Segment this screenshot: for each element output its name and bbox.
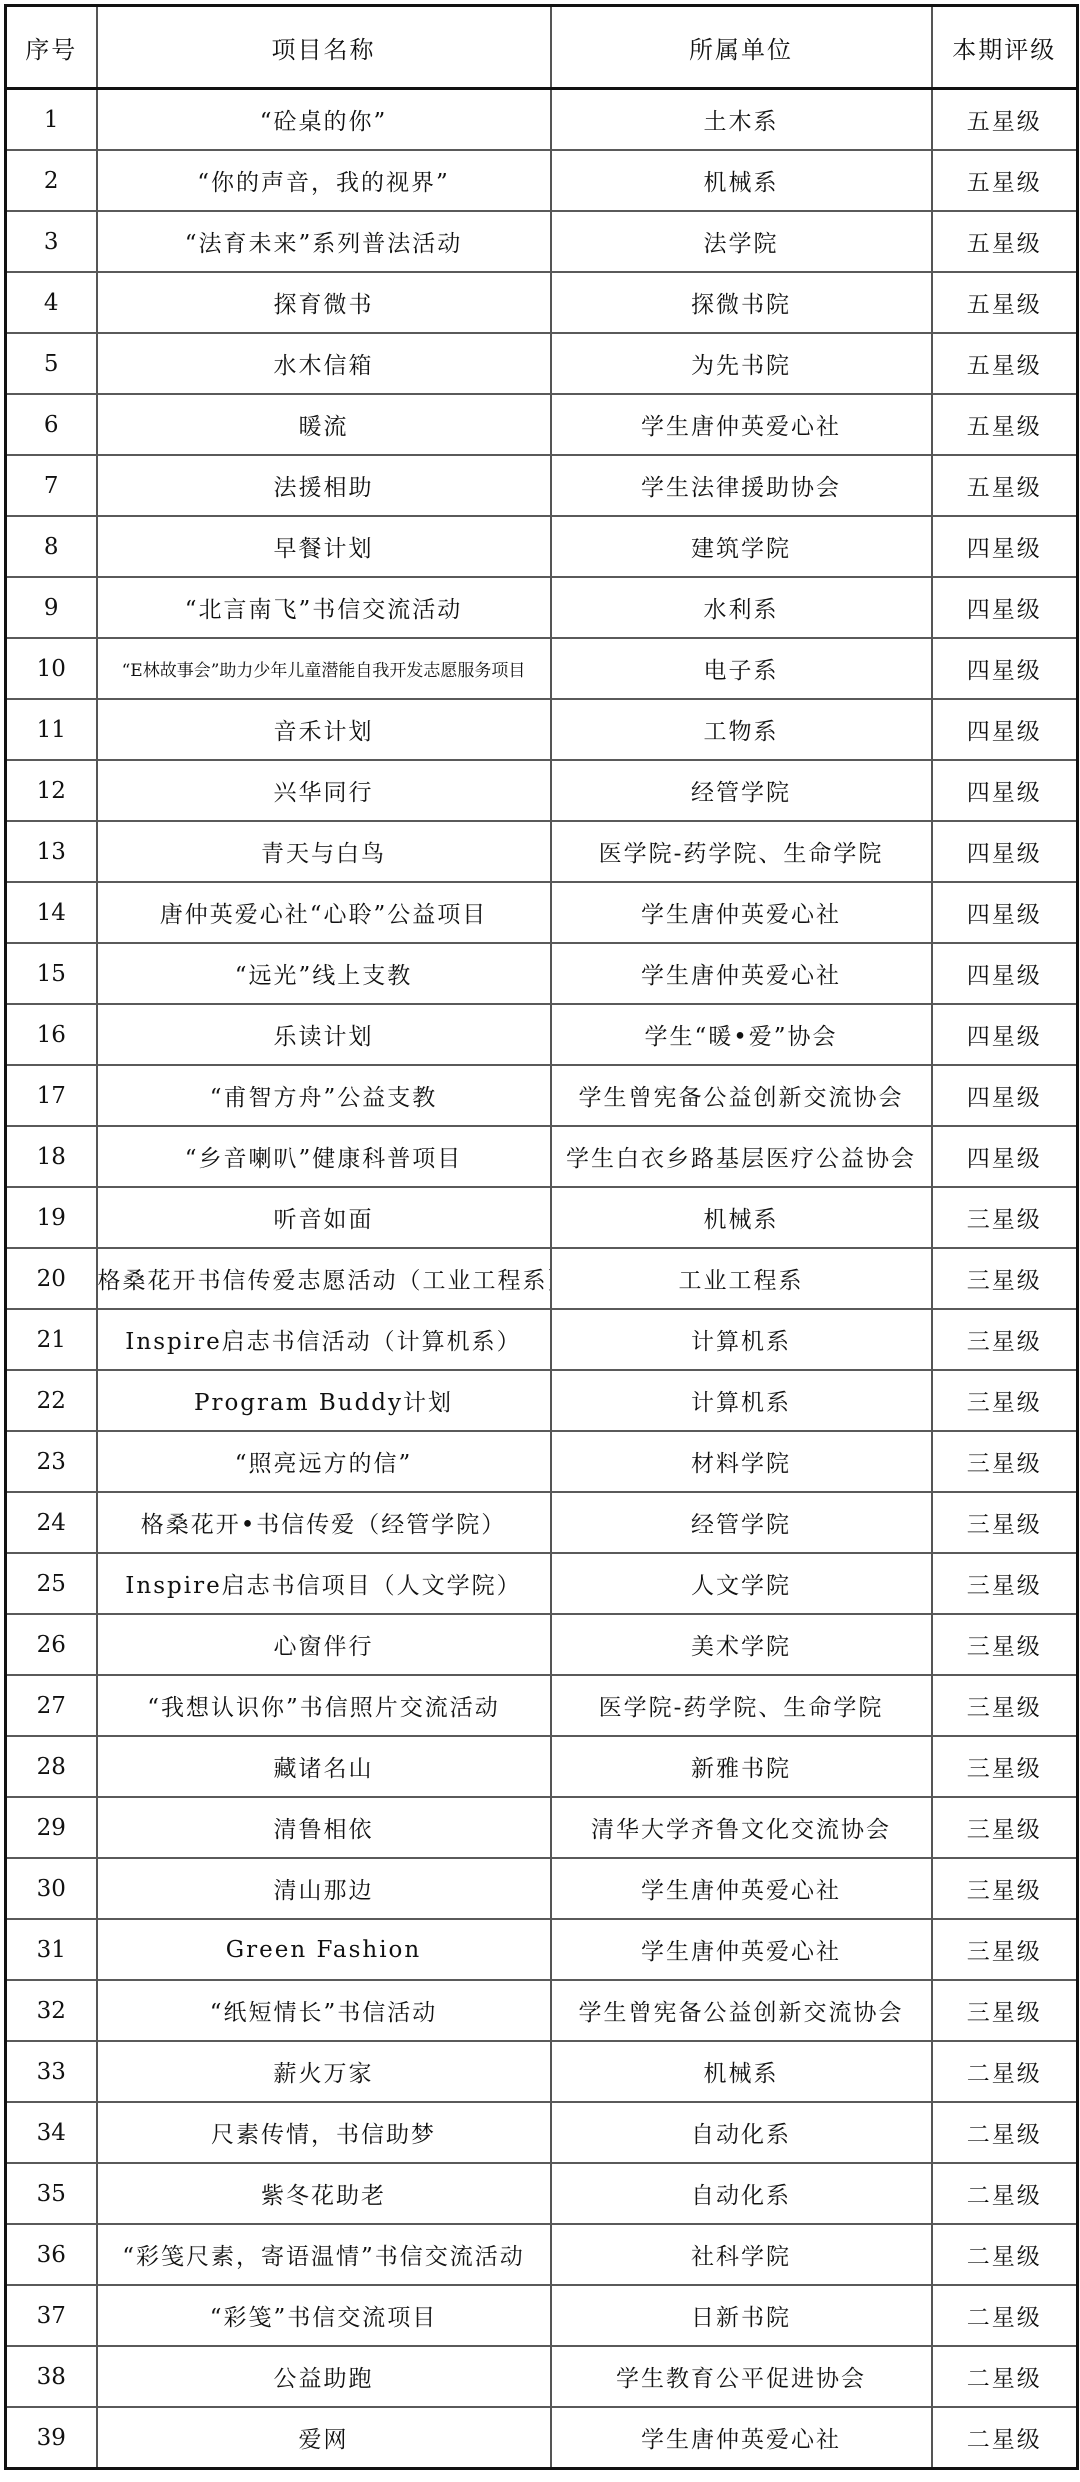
cell-rating: 三星级 bbox=[932, 1797, 1078, 1858]
table-row: 4探育微书探微书院五星级 bbox=[6, 272, 1078, 333]
cell-rating: 二星级 bbox=[932, 2163, 1078, 2224]
cell-rating: 三星级 bbox=[932, 1980, 1078, 2041]
cell-index: 34 bbox=[6, 2102, 97, 2163]
table-row: 21Inspire启志书信活动（计算机系）计算机系三星级 bbox=[6, 1309, 1078, 1370]
cell-project-name: 早餐计划 bbox=[97, 516, 551, 577]
cell-index: 35 bbox=[6, 2163, 97, 2224]
cell-unit: 学生唐仲英爱心社 bbox=[551, 394, 932, 455]
table-row: 23“照亮远方的信”材料学院三星级 bbox=[6, 1431, 1078, 1492]
cell-index: 20 bbox=[6, 1248, 97, 1309]
cell-unit: 机械系 bbox=[551, 150, 932, 211]
table-row: 31Green Fashion学生唐仲英爱心社三星级 bbox=[6, 1919, 1078, 1980]
cell-project-name: 兴华同行 bbox=[97, 760, 551, 821]
cell-unit: 自动化系 bbox=[551, 2102, 932, 2163]
cell-rating: 四星级 bbox=[932, 821, 1078, 882]
cell-rating: 四星级 bbox=[932, 1126, 1078, 1187]
cell-rating: 二星级 bbox=[932, 2102, 1078, 2163]
table-row: 30清山那边学生唐仲英爱心社三星级 bbox=[6, 1858, 1078, 1919]
cell-rating: 四星级 bbox=[932, 577, 1078, 638]
header-project-name: 项目名称 bbox=[97, 6, 551, 89]
cell-rating: 三星级 bbox=[932, 1492, 1078, 1553]
cell-project-name: 格桑花开书信传爱志愿活动（工业工程系） bbox=[97, 1248, 551, 1309]
cell-project-name: 水木信箱 bbox=[97, 333, 551, 394]
cell-index: 36 bbox=[6, 2224, 97, 2285]
cell-project-name: “远光”线上支教 bbox=[97, 943, 551, 1004]
cell-unit: 学生唐仲英爱心社 bbox=[551, 943, 932, 1004]
cell-project-name: “砼桌的你” bbox=[97, 89, 551, 151]
cell-index: 29 bbox=[6, 1797, 97, 1858]
table-row: 11音禾计划工物系四星级 bbox=[6, 699, 1078, 760]
cell-index: 23 bbox=[6, 1431, 97, 1492]
cell-unit: 经管学院 bbox=[551, 1492, 932, 1553]
cell-unit: 学生法律援助协会 bbox=[551, 455, 932, 516]
project-rating-table: 序号 项目名称 所属单位 本期评级 1“砼桌的你”土木系五星级2“你的声音，我的… bbox=[4, 4, 1079, 2470]
table-row: 38公益助跑学生教育公平促进协会二星级 bbox=[6, 2346, 1078, 2407]
cell-index: 33 bbox=[6, 2041, 97, 2102]
cell-rating: 四星级 bbox=[932, 516, 1078, 577]
cell-unit: 机械系 bbox=[551, 1187, 932, 1248]
cell-unit: 土木系 bbox=[551, 89, 932, 151]
cell-rating: 四星级 bbox=[932, 882, 1078, 943]
cell-rating: 二星级 bbox=[932, 2041, 1078, 2102]
cell-rating: 五星级 bbox=[932, 333, 1078, 394]
cell-index: 37 bbox=[6, 2285, 97, 2346]
cell-project-name: Program Buddy计划 bbox=[97, 1370, 551, 1431]
cell-index: 10 bbox=[6, 638, 97, 699]
cell-unit: 人文学院 bbox=[551, 1553, 932, 1614]
cell-index: 30 bbox=[6, 1858, 97, 1919]
cell-index: 6 bbox=[6, 394, 97, 455]
cell-unit: 经管学院 bbox=[551, 760, 932, 821]
cell-rating: 三星级 bbox=[932, 1736, 1078, 1797]
table-row: 10“E林故事会”助力少年儿童潜能自我开发志愿服务项目电子系四星级 bbox=[6, 638, 1078, 699]
cell-unit: 学生曾宪备公益创新交流协会 bbox=[551, 1980, 932, 2041]
table-body: 1“砼桌的你”土木系五星级2“你的声音，我的视界”机械系五星级3“法育未来”系列… bbox=[6, 89, 1078, 2469]
cell-index: 1 bbox=[6, 89, 97, 151]
table-row: 12兴华同行经管学院四星级 bbox=[6, 760, 1078, 821]
cell-index: 18 bbox=[6, 1126, 97, 1187]
cell-project-name: 听音如面 bbox=[97, 1187, 551, 1248]
header-rating: 本期评级 bbox=[932, 6, 1078, 89]
cell-unit: 电子系 bbox=[551, 638, 932, 699]
table-row: 26心窗伴行美术学院三星级 bbox=[6, 1614, 1078, 1675]
table-header: 序号 项目名称 所属单位 本期评级 bbox=[6, 6, 1078, 89]
cell-rating: 二星级 bbox=[932, 2346, 1078, 2407]
cell-unit: 新雅书院 bbox=[551, 1736, 932, 1797]
cell-rating: 五星级 bbox=[932, 394, 1078, 455]
cell-index: 13 bbox=[6, 821, 97, 882]
cell-unit: 探微书院 bbox=[551, 272, 932, 333]
cell-project-name: “照亮远方的信” bbox=[97, 1431, 551, 1492]
table-row: 33薪火万家机械系二星级 bbox=[6, 2041, 1078, 2102]
table-row: 9“北言南飞”书信交流活动水利系四星级 bbox=[6, 577, 1078, 638]
table-row: 24格桑花开•书信传爱（经管学院）经管学院三星级 bbox=[6, 1492, 1078, 1553]
cell-project-name: “E林故事会”助力少年儿童潜能自我开发志愿服务项目 bbox=[97, 638, 551, 699]
table-row: 28藏诸名山新雅书院三星级 bbox=[6, 1736, 1078, 1797]
cell-project-name: “我想认识你”书信照片交流活动 bbox=[97, 1675, 551, 1736]
cell-index: 11 bbox=[6, 699, 97, 760]
cell-rating: 五星级 bbox=[932, 150, 1078, 211]
cell-project-name: “纸短情长”书信活动 bbox=[97, 1980, 551, 2041]
cell-index: 25 bbox=[6, 1553, 97, 1614]
cell-unit: 水利系 bbox=[551, 577, 932, 638]
cell-index: 19 bbox=[6, 1187, 97, 1248]
cell-unit: 计算机系 bbox=[551, 1370, 932, 1431]
cell-rating: 三星级 bbox=[932, 1675, 1078, 1736]
cell-project-name: 法援相助 bbox=[97, 455, 551, 516]
table-row: 1“砼桌的你”土木系五星级 bbox=[6, 89, 1078, 151]
table-row: 3“法育未来”系列普法活动法学院五星级 bbox=[6, 211, 1078, 272]
cell-unit: 学生曾宪备公益创新交流协会 bbox=[551, 1065, 932, 1126]
cell-rating: 五星级 bbox=[932, 211, 1078, 272]
cell-project-name: 爱网 bbox=[97, 2407, 551, 2469]
cell-index: 3 bbox=[6, 211, 97, 272]
cell-index: 2 bbox=[6, 150, 97, 211]
table-row: 13青天与白鸟医学院-药学院、生命学院四星级 bbox=[6, 821, 1078, 882]
table-row: 17“甫智方舟”公益支教学生曾宪备公益创新交流协会四星级 bbox=[6, 1065, 1078, 1126]
table-row: 25Inspire启志书信项目（人文学院）人文学院三星级 bbox=[6, 1553, 1078, 1614]
cell-rating: 三星级 bbox=[932, 1248, 1078, 1309]
cell-rating: 五星级 bbox=[932, 455, 1078, 516]
cell-project-name: 公益助跑 bbox=[97, 2346, 551, 2407]
cell-project-name: Inspire启志书信项目（人文学院） bbox=[97, 1553, 551, 1614]
cell-unit: 学生唐仲英爱心社 bbox=[551, 2407, 932, 2469]
header-unit: 所属单位 bbox=[551, 6, 932, 89]
cell-index: 22 bbox=[6, 1370, 97, 1431]
cell-index: 21 bbox=[6, 1309, 97, 1370]
table-row: 20格桑花开书信传爱志愿活动（工业工程系）工业工程系三星级 bbox=[6, 1248, 1078, 1309]
cell-unit: 建筑学院 bbox=[551, 516, 932, 577]
cell-rating: 三星级 bbox=[932, 1919, 1078, 1980]
cell-project-name: “彩笺尺素，寄语温情”书信交流活动 bbox=[97, 2224, 551, 2285]
table-row: 34尺素传情，书信助梦自动化系二星级 bbox=[6, 2102, 1078, 2163]
cell-index: 7 bbox=[6, 455, 97, 516]
cell-index: 15 bbox=[6, 943, 97, 1004]
cell-unit: 医学院-药学院、生命学院 bbox=[551, 1675, 932, 1736]
cell-unit: 为先书院 bbox=[551, 333, 932, 394]
cell-unit: 医学院-药学院、生命学院 bbox=[551, 821, 932, 882]
cell-index: 14 bbox=[6, 882, 97, 943]
header-row: 序号 项目名称 所属单位 本期评级 bbox=[6, 6, 1078, 89]
table-row: 15“远光”线上支教学生唐仲英爱心社四星级 bbox=[6, 943, 1078, 1004]
table-row: 36“彩笺尺素，寄语温情”书信交流活动社科学院二星级 bbox=[6, 2224, 1078, 2285]
cell-rating: 三星级 bbox=[932, 1370, 1078, 1431]
cell-rating: 二星级 bbox=[932, 2224, 1078, 2285]
cell-rating: 四星级 bbox=[932, 1065, 1078, 1126]
cell-rating: 三星级 bbox=[932, 1431, 1078, 1492]
cell-project-name: 暖流 bbox=[97, 394, 551, 455]
cell-index: 12 bbox=[6, 760, 97, 821]
cell-index: 28 bbox=[6, 1736, 97, 1797]
cell-unit: 工物系 bbox=[551, 699, 932, 760]
table-row: 2“你的声音，我的视界”机械系五星级 bbox=[6, 150, 1078, 211]
cell-rating: 三星级 bbox=[932, 1614, 1078, 1675]
cell-unit: 学生唐仲英爱心社 bbox=[551, 882, 932, 943]
cell-project-name: 清鲁相依 bbox=[97, 1797, 551, 1858]
cell-rating: 三星级 bbox=[932, 1309, 1078, 1370]
cell-index: 17 bbox=[6, 1065, 97, 1126]
cell-rating: 四星级 bbox=[932, 760, 1078, 821]
cell-index: 39 bbox=[6, 2407, 97, 2469]
cell-project-name: 青天与白鸟 bbox=[97, 821, 551, 882]
cell-index: 32 bbox=[6, 1980, 97, 2041]
table-row: 16乐读计划学生“暖•爱”协会四星级 bbox=[6, 1004, 1078, 1065]
cell-project-name: 清山那边 bbox=[97, 1858, 551, 1919]
table-row: 6暖流学生唐仲英爱心社五星级 bbox=[6, 394, 1078, 455]
cell-project-name: “你的声音，我的视界” bbox=[97, 150, 551, 211]
cell-project-name: 心窗伴行 bbox=[97, 1614, 551, 1675]
cell-project-name: 紫冬花助老 bbox=[97, 2163, 551, 2224]
cell-unit: 学生唐仲英爱心社 bbox=[551, 1858, 932, 1919]
cell-unit: 美术学院 bbox=[551, 1614, 932, 1675]
table-row: 5水木信箱为先书院五星级 bbox=[6, 333, 1078, 394]
cell-index: 38 bbox=[6, 2346, 97, 2407]
cell-index: 26 bbox=[6, 1614, 97, 1675]
table-row: 27“我想认识你”书信照片交流活动医学院-药学院、生命学院三星级 bbox=[6, 1675, 1078, 1736]
cell-unit: 自动化系 bbox=[551, 2163, 932, 2224]
cell-unit: 材料学院 bbox=[551, 1431, 932, 1492]
cell-rating: 四星级 bbox=[932, 638, 1078, 699]
cell-index: 5 bbox=[6, 333, 97, 394]
table-row: 37“彩笺”书信交流项目日新书院二星级 bbox=[6, 2285, 1078, 2346]
cell-unit: 社科学院 bbox=[551, 2224, 932, 2285]
cell-project-name: 藏诸名山 bbox=[97, 1736, 551, 1797]
cell-project-name: Green Fashion bbox=[97, 1919, 551, 1980]
rating-table-container: 序号 项目名称 所属单位 本期评级 1“砼桌的你”土木系五星级2“你的声音，我的… bbox=[4, 4, 1076, 2470]
cell-rating: 三星级 bbox=[932, 1553, 1078, 1614]
cell-index: 27 bbox=[6, 1675, 97, 1736]
cell-rating: 四星级 bbox=[932, 943, 1078, 1004]
cell-unit: 清华大学齐鲁文化交流协会 bbox=[551, 1797, 932, 1858]
cell-rating: 二星级 bbox=[932, 2285, 1078, 2346]
cell-project-name: 探育微书 bbox=[97, 272, 551, 333]
cell-project-name: “乡音喇叭”健康科普项目 bbox=[97, 1126, 551, 1187]
cell-project-name: 格桑花开•书信传爱（经管学院） bbox=[97, 1492, 551, 1553]
cell-unit: 学生“暖•爱”协会 bbox=[551, 1004, 932, 1065]
cell-rating: 五星级 bbox=[932, 89, 1078, 151]
cell-unit: 工业工程系 bbox=[551, 1248, 932, 1309]
cell-project-name: “北言南飞”书信交流活动 bbox=[97, 577, 551, 638]
table-row: 19听音如面机械系三星级 bbox=[6, 1187, 1078, 1248]
table-row: 22Program Buddy计划计算机系三星级 bbox=[6, 1370, 1078, 1431]
table-row: 29清鲁相依清华大学齐鲁文化交流协会三星级 bbox=[6, 1797, 1078, 1858]
cell-index: 31 bbox=[6, 1919, 97, 1980]
cell-unit: 学生唐仲英爱心社 bbox=[551, 1919, 932, 1980]
table-row: 7法援相助学生法律援助协会五星级 bbox=[6, 455, 1078, 516]
cell-index: 8 bbox=[6, 516, 97, 577]
cell-project-name: 音禾计划 bbox=[97, 699, 551, 760]
cell-project-name: “法育未来”系列普法活动 bbox=[97, 211, 551, 272]
cell-unit: 学生教育公平促进协会 bbox=[551, 2346, 932, 2407]
cell-index: 16 bbox=[6, 1004, 97, 1065]
cell-rating: 三星级 bbox=[932, 1187, 1078, 1248]
cell-project-name: 薪火万家 bbox=[97, 2041, 551, 2102]
cell-rating: 四星级 bbox=[932, 699, 1078, 760]
cell-unit: 法学院 bbox=[551, 211, 932, 272]
cell-rating: 五星级 bbox=[932, 272, 1078, 333]
table-row: 8早餐计划建筑学院四星级 bbox=[6, 516, 1078, 577]
cell-project-name: 唐仲英爱心社“心聆”公益项目 bbox=[97, 882, 551, 943]
cell-rating: 三星级 bbox=[932, 1858, 1078, 1919]
cell-rating: 四星级 bbox=[932, 1004, 1078, 1065]
cell-project-name: 乐读计划 bbox=[97, 1004, 551, 1065]
cell-project-name: “彩笺”书信交流项目 bbox=[97, 2285, 551, 2346]
table-row: 14唐仲英爱心社“心聆”公益项目学生唐仲英爱心社四星级 bbox=[6, 882, 1078, 943]
cell-rating: 二星级 bbox=[932, 2407, 1078, 2469]
table-row: 18“乡音喇叭”健康科普项目学生白衣乡路基层医疗公益协会四星级 bbox=[6, 1126, 1078, 1187]
cell-unit: 学生白衣乡路基层医疗公益协会 bbox=[551, 1126, 932, 1187]
cell-unit: 计算机系 bbox=[551, 1309, 932, 1370]
table-row: 32“纸短情长”书信活动学生曾宪备公益创新交流协会三星级 bbox=[6, 1980, 1078, 2041]
cell-project-name: 尺素传情，书信助梦 bbox=[97, 2102, 551, 2163]
table-row: 39爱网学生唐仲英爱心社二星级 bbox=[6, 2407, 1078, 2469]
cell-index: 24 bbox=[6, 1492, 97, 1553]
cell-project-name: “甫智方舟”公益支教 bbox=[97, 1065, 551, 1126]
cell-index: 4 bbox=[6, 272, 97, 333]
cell-project-name: Inspire启志书信活动（计算机系） bbox=[97, 1309, 551, 1370]
cell-unit: 日新书院 bbox=[551, 2285, 932, 2346]
cell-index: 9 bbox=[6, 577, 97, 638]
cell-unit: 机械系 bbox=[551, 2041, 932, 2102]
table-row: 35紫冬花助老自动化系二星级 bbox=[6, 2163, 1078, 2224]
header-index: 序号 bbox=[6, 6, 97, 89]
